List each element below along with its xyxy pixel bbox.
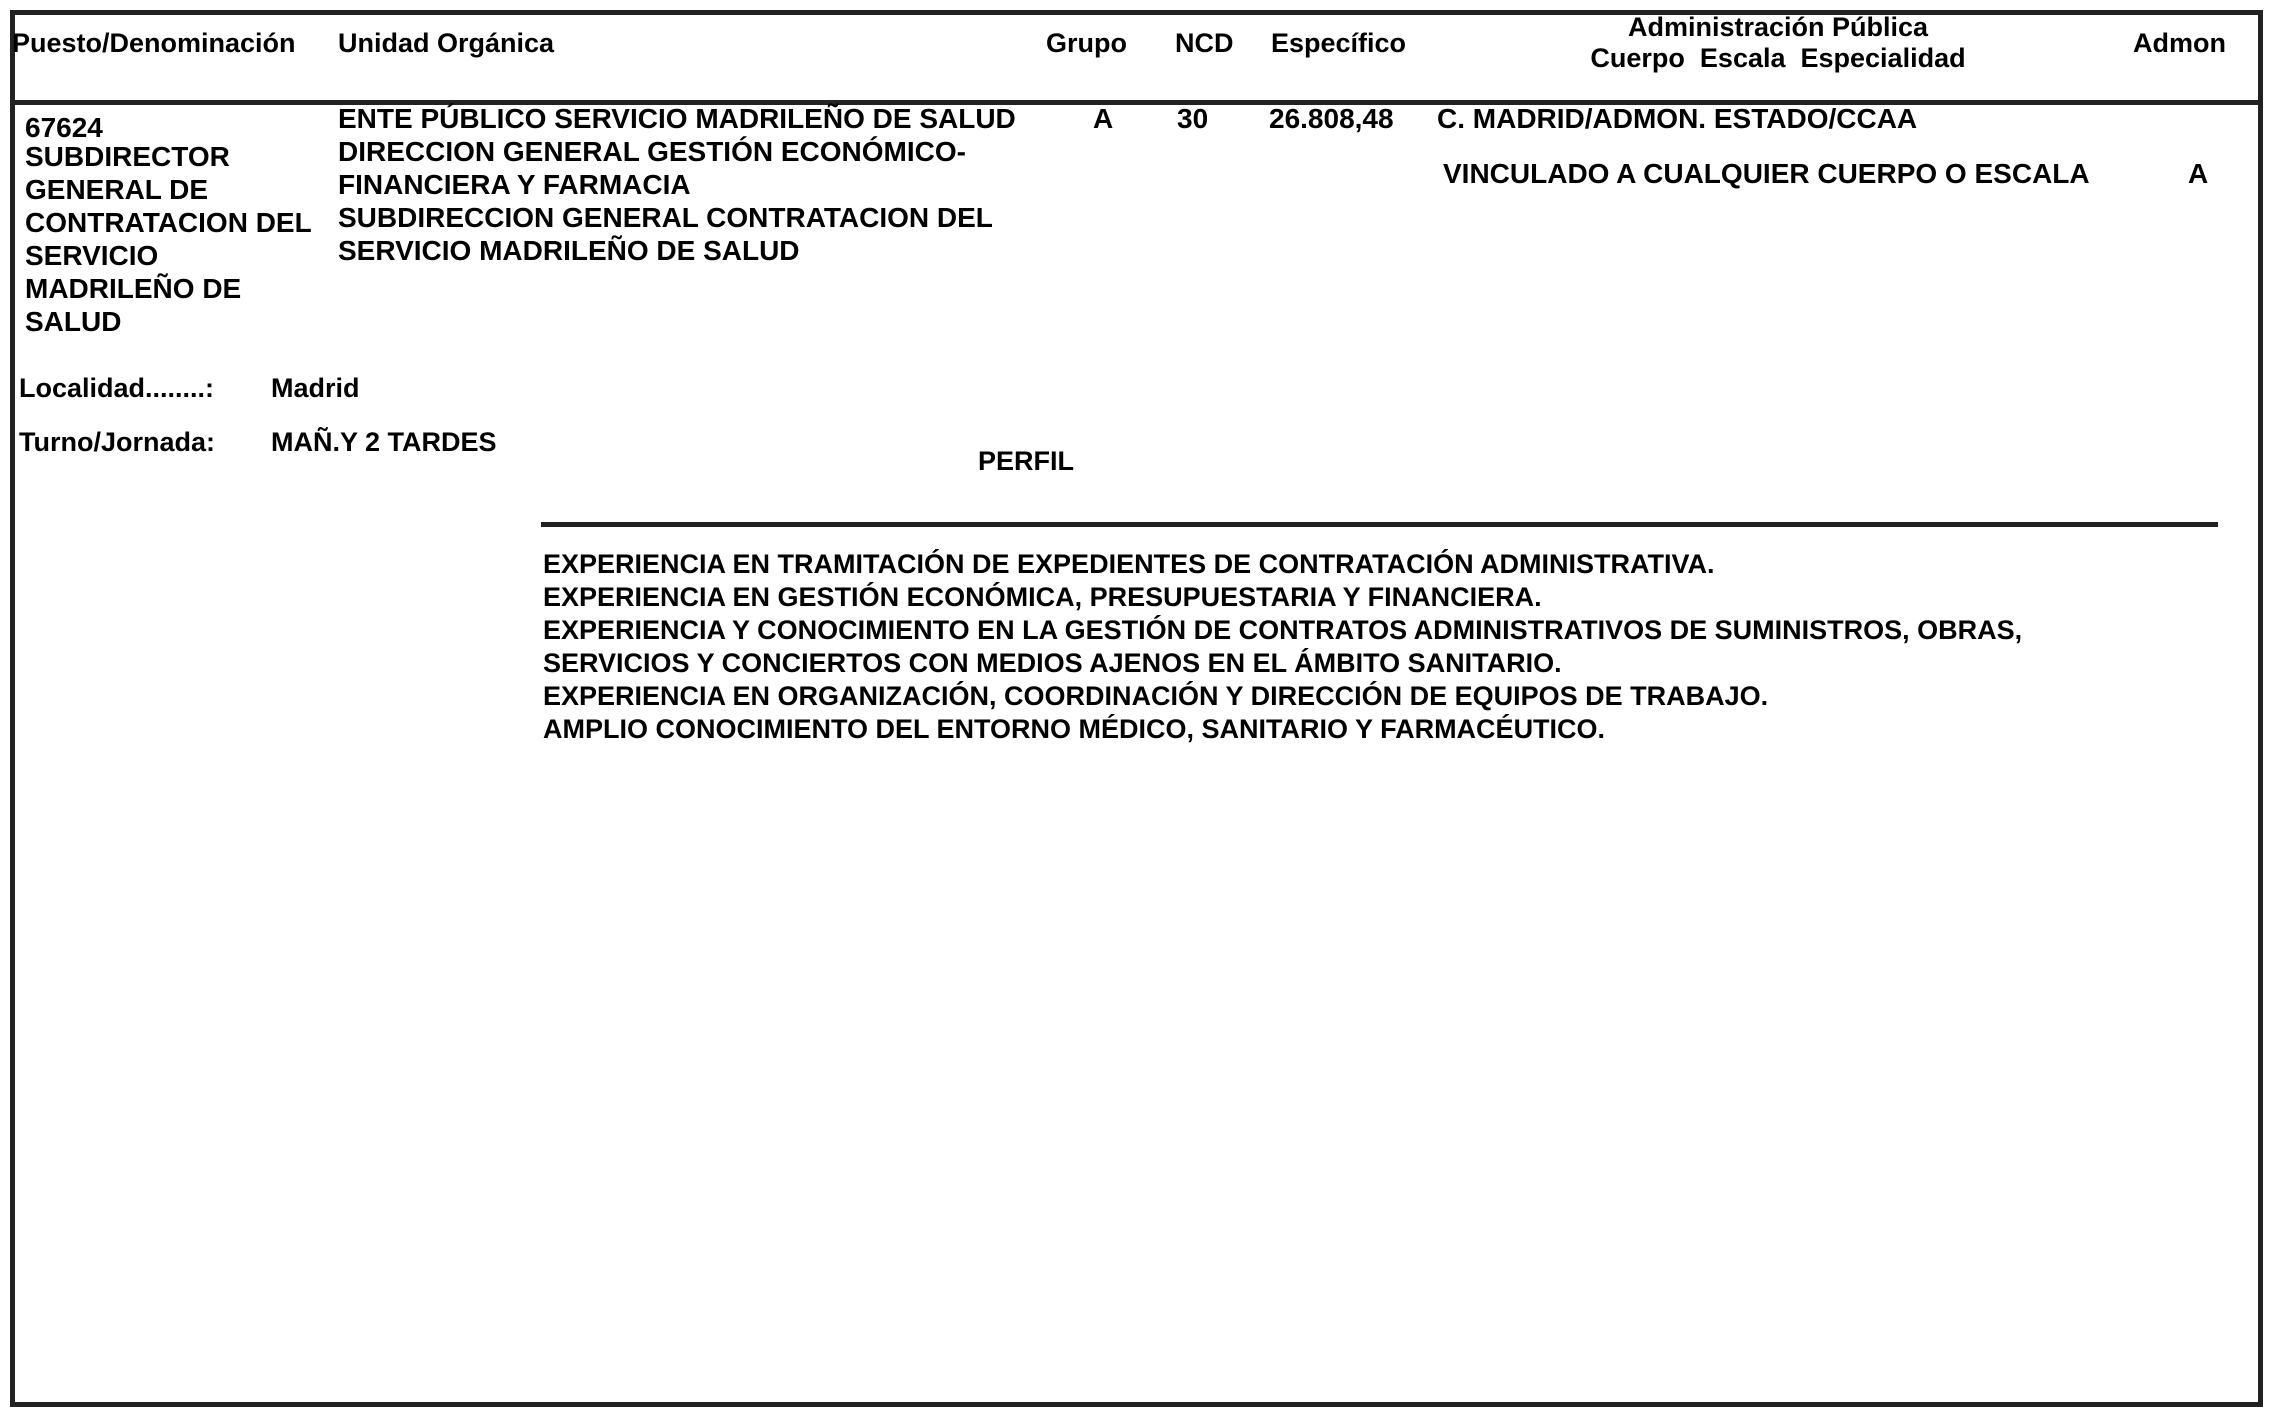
header-admin-publica: Administración Pública <box>1578 12 1978 42</box>
perfil-divider <box>541 522 2218 527</box>
perfil-line: SERVICIOS Y CONCIERTOS CON MEDIOS AJENOS… <box>543 647 2022 680</box>
header-puesto: Puesto/Denominación <box>12 28 296 58</box>
header-admon: Admon <box>2133 28 2226 58</box>
denominacion-line: SUBDIRECTOR <box>25 140 312 173</box>
denominacion-line: CONTRATACION DEL <box>25 206 312 239</box>
header-cuerpo-escala: Cuerpo Escala Especialidad <box>1578 43 1978 73</box>
perfil-line: AMPLIO CONOCIMIENTO DEL ENTORNO MÉDICO, … <box>543 713 2022 746</box>
perfil-line: EXPERIENCIA EN GESTIÓN ECONÓMICA, PRESUP… <box>543 581 2022 614</box>
perfil-line: EXPERIENCIA EN ORGANIZACIÓN, COORDINACIÓ… <box>543 680 2022 713</box>
unidad-line: SERVICIO MADRILEÑO DE SALUD <box>338 234 1016 267</box>
header-ncd: NCD <box>1175 28 1234 58</box>
turno-label: Turno/Jornada: <box>19 426 215 459</box>
unidad-line: DIRECCION GENERAL GESTIÓN ECONÓMICO- <box>338 135 1016 168</box>
especifico-value: 26.808,48 <box>1269 102 1394 135</box>
turno-value: MAÑ.Y 2 TARDES <box>271 426 497 459</box>
perfil-line: EXPERIENCIA Y CONOCIMIENTO EN LA GESTIÓN… <box>543 614 2022 647</box>
unidad-line: FINANCIERA Y FARMACIA <box>338 168 1016 201</box>
header-unidad: Unidad Orgánica <box>338 28 554 58</box>
unidad-cell: ENTE PÚBLICO SERVICIO MADRILEÑO DE SALUD… <box>338 102 1016 267</box>
denominacion-line: SERVICIO <box>25 239 312 272</box>
cuerpo-escala-value: VINCULADO A CUALQUIER CUERPO O ESCALA <box>1443 157 2090 190</box>
perfil-title: PERFIL <box>978 445 1074 478</box>
denominacion-line: SALUD <box>25 305 312 338</box>
localidad-value: Madrid <box>271 372 360 405</box>
header-grupo: Grupo <box>1046 28 1127 58</box>
administracion-value: C. MADRID/ADMON. ESTADO/CCAA <box>1437 102 1917 135</box>
puesto-cell: 67624 SUBDIRECTOR GENERAL DE CONTRATACIO… <box>25 111 312 338</box>
grupo-value: A <box>1093 102 1113 135</box>
unidad-line: ENTE PÚBLICO SERVICIO MADRILEÑO DE SALUD <box>338 102 1016 135</box>
perfil-requirements: EXPERIENCIA EN TRAMITACIÓN DE EXPEDIENTE… <box>543 548 2022 746</box>
ncd-value: 30 <box>1177 102 1208 135</box>
denominacion-line: GENERAL DE <box>25 173 312 206</box>
denominacion-line: MADRILEÑO DE <box>25 272 312 305</box>
localidad-label: Localidad........: <box>19 372 214 405</box>
header-especifico: Específico <box>1271 28 1406 58</box>
admon-value: A <box>2188 157 2208 190</box>
unidad-line: SUBDIRECCION GENERAL CONTRATACION DEL <box>338 201 1016 234</box>
perfil-line: EXPERIENCIA EN TRAMITACIÓN DE EXPEDIENTE… <box>543 548 2022 581</box>
